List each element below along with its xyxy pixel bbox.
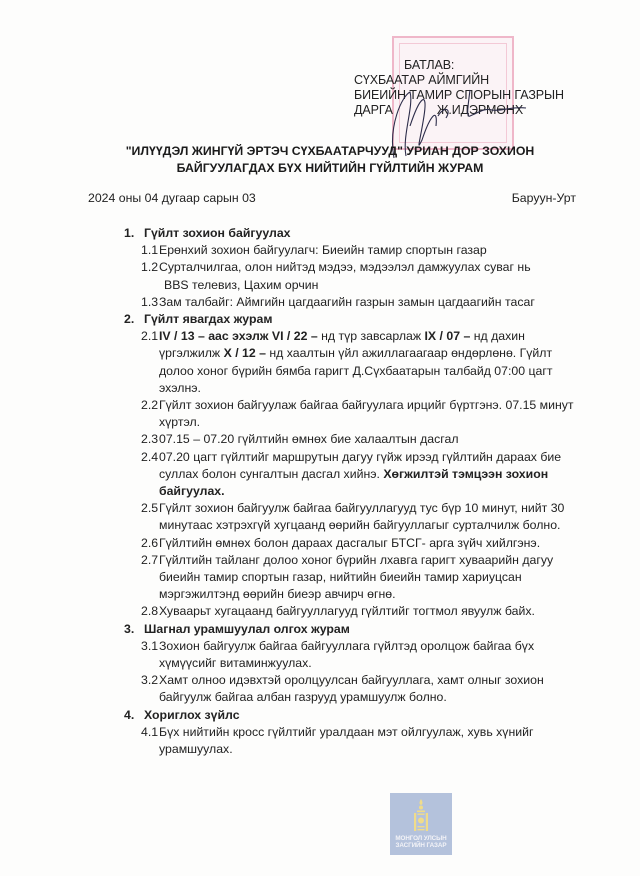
item-text-main: Бүх нийтийн кросс гүйлтийг уралдаан мэт … [159,725,533,756]
item-text: Хуваарьт хугацаанд байгууллагууд гүйлтий… [159,603,586,620]
item-text-main: Хуваарьт хугацаанд байгууллагууд гүйлтий… [159,604,535,618]
list-item: 2.407.20 цагт гүйлтийг маршрутын дагуу г… [124,449,586,501]
item-number: 1.3 [141,294,159,311]
document-page: БАТЛАВ: СҮХБААТАР АЙМГИЙН БИЕИЙН ТАМИР С… [0,0,640,876]
list-item: 2.307.15 – 07.20 гүйлтийн өмнөх бие хала… [124,431,586,448]
item-text: 07.15 – 07.20 гүйлтийн өмнөх бие халаалт… [159,431,586,448]
item-number: 2.3 [141,431,159,448]
list-item: 3.1Зохион байгуулж байгаа байгууллага гү… [124,638,586,672]
item-number: 3.1 [141,638,159,672]
section-title: Шагнал урамшуулал олгох журам [144,621,350,638]
item-text-main: Гүйлтийн өмнөх болон дараах дасгалыг БТС… [159,536,540,550]
emblem-caption: МОНГОЛ УЛСЫН ЗАСГИЙН ГАЗАР [395,835,446,849]
item-number: 2.2 [141,397,159,431]
section-heading: 1.Гүйлт зохион байгуулах [124,225,586,242]
section-heading: 3.Шагнал урамшуулал олгох журам [124,621,586,638]
list-item: 2.6Гүйлтийн өмнөх болон дараах дасгалыг … [124,535,586,552]
title-line-1: "ИЛҮҮДЭЛ ЖИНГҮЙ ЭРТЭЧ СҮХБААТАРЧУУД" УРИ… [70,143,590,160]
item-number: 2.4 [141,449,159,501]
item-text-main: Гүйлт зохион байгуулж байгаа байгууллагу… [159,501,564,532]
item-text-main: 07.15 – 07.20 гүйлтийн өмнөх бие халаалт… [159,432,459,446]
item-text: IV / 13 – аас эхэлж VI / 22 – нд түр зав… [159,328,586,397]
item-text-continuation: BBS телевиз, Цахим орчин [159,277,586,294]
item-text-main: Сурталчилгаа, олон нийтэд мэдээ, мэдээлэ… [159,260,531,274]
item-text: Гүйлт зохион байгуулаж байгаа байгуулага… [159,397,586,431]
section-heading: 2.Гүйлт явагдах журам [124,311,586,328]
item-number: 2.1 [141,328,159,397]
item-text: Бүх нийтийн кросс гүйлтийг уралдаан мэт … [159,724,586,758]
approval-name: Ж.ИДЭРМӨНХ [437,103,523,118]
item-text-main: Гүйлтийн тайланг долоо хоног бүрийн лхав… [159,553,553,601]
section-number: 2. [124,311,144,328]
section-number: 4. [124,707,144,724]
document-title: "ИЛҮҮДЭЛ ЖИНГҮЙ ЭРТЭЧ СҮХБААТАРЧУУД" УРИ… [70,143,590,177]
list-item: 2.5Гүйлт зохион байгуулж байгаа байгуулл… [124,500,586,534]
item-text: Сурталчилгаа, олон нийтэд мэдээ, мэдээлэ… [159,259,586,293]
list-item: 1.3Зам талбайг: Аймгийн цагдаагийн газры… [124,294,586,311]
section-title: Гүйлт зохион байгуулах [144,225,291,242]
item-number: 2.6 [141,535,159,552]
item-text: Зохион байгуулж байгаа байгууллага гүйлт… [159,638,586,672]
approval-block: БАТЛАВ: СҮХБААТАР АЙМГИЙН БИЕИЙН ТАМИР С… [354,58,564,118]
emblem-caption-line-1: МОНГОЛ УЛСЫН [395,835,446,842]
approval-label: БАТЛАВ: [354,58,564,73]
list-item: 2.8Хуваарьт хугацаанд байгууллагууд гүйл… [124,603,586,620]
emblem-caption-line-2: ЗАСГИЙН ГАЗАР [395,842,446,849]
section-title: Гүйлт явагдах журам [144,311,272,328]
approval-signatory: ДАРГА Ж.ИДЭРМӨНХ [354,103,564,118]
section-heading: 4.Хориглох зүйлс [124,707,586,724]
list-item: 1.1Ерөнхий зохион байгуулагч: Биеийн там… [124,242,586,259]
item-number: 3.2 [141,672,159,706]
list-item: 4.1Бүх нийтийн кросс гүйлтийг уралдаан м… [124,724,586,758]
list-item: 1.2Сурталчилгаа, олон нийтэд мэдээ, мэдэ… [124,259,586,293]
section-number: 1. [124,225,144,242]
emphasis-text: IV / 13 – аас эхэлж VI / 22 – [159,329,318,343]
item-text: Гүйлтийн тайланг долоо хоног бүрийн лхав… [159,552,586,604]
item-text-main: Зохион байгуулж байгаа байгууллага гүйлт… [159,639,534,670]
item-text-main: Зам талбайг: Аймгийн цагдаагийн газрын з… [159,295,535,309]
item-number: 2.5 [141,500,159,534]
item-text-main: Хамт олноо идэвхтэй оролцуулсан байгуулл… [159,673,544,704]
item-text: Гүйлт зохион байгуулж байгаа байгууллагу… [159,500,586,534]
item-number: 2.7 [141,552,159,604]
section-number: 3. [124,621,144,638]
date-place-line: 2024 оны 04 дугаар сарын 03 Баруун-Урт [88,191,576,205]
item-text-main: Гүйлт зохион байгуулаж байгаа байгуулага… [159,398,574,429]
approval-line-2: БИЕИЙН ТАМИР СПОРЫН ГАЗРЫН [354,88,564,103]
emphasis-text: IX / 07 – [424,329,470,343]
item-number: 2.8 [141,603,159,620]
soyombo-emblem-icon [412,799,430,833]
title-line-2: БАЙГУУЛАГДАХ БҮХ НИЙТИЙН ГҮЙЛТИЙН ЖУРАМ [70,160,590,177]
document-date: 2024 оны 04 дугаар сарын 03 [88,191,256,205]
approval-position: ДАРГА [354,103,393,118]
item-text: Хамт олноо идэвхтэй оролцуулсан байгуулл… [159,672,586,706]
item-text-main: Ерөнхий зохион байгуулагч: Биеийн тамир … [159,243,487,257]
item-text: Ерөнхий зохион байгуулагч: Биеийн тамир … [159,242,586,259]
item-number: 1.2 [141,259,159,293]
item-text-part: нд түр завсарлаж [318,329,425,343]
list-item: 2.7Гүйлтийн тайланг долоо хоног бүрийн л… [124,552,586,604]
item-text: Зам талбайг: Аймгийн цагдаагийн газрын з… [159,294,586,311]
regulation-list: 1.Гүйлт зохион байгуулах1.1Ерөнхий зохио… [124,225,586,758]
item-number: 1.1 [141,242,159,259]
list-item: 2.2Гүйлт зохион байгуулаж байгаа байгуул… [124,397,586,431]
item-text: 07.20 цагт гүйлтийг маршрутын дагуу гүйж… [159,449,586,501]
list-item: 2.1IV / 13 – аас эхэлж VI / 22 – нд түр … [124,328,586,397]
item-text: Гүйлтийн өмнөх болон дараах дасгалыг БТС… [159,535,586,552]
emphasis-text: X / 12 – [224,346,266,360]
document-place: Баруун-Урт [512,191,576,205]
list-item: 3.2Хамт олноо идэвхтэй оролцуулсан байгу… [124,672,586,706]
item-number: 4.1 [141,724,159,758]
approval-line-1: СҮХБААТАР АЙМГИЙН [354,73,564,88]
government-emblem: МОНГОЛ УЛСЫН ЗАСГИЙН ГАЗАР [390,793,452,855]
section-title: Хориглох зүйлс [144,707,240,724]
